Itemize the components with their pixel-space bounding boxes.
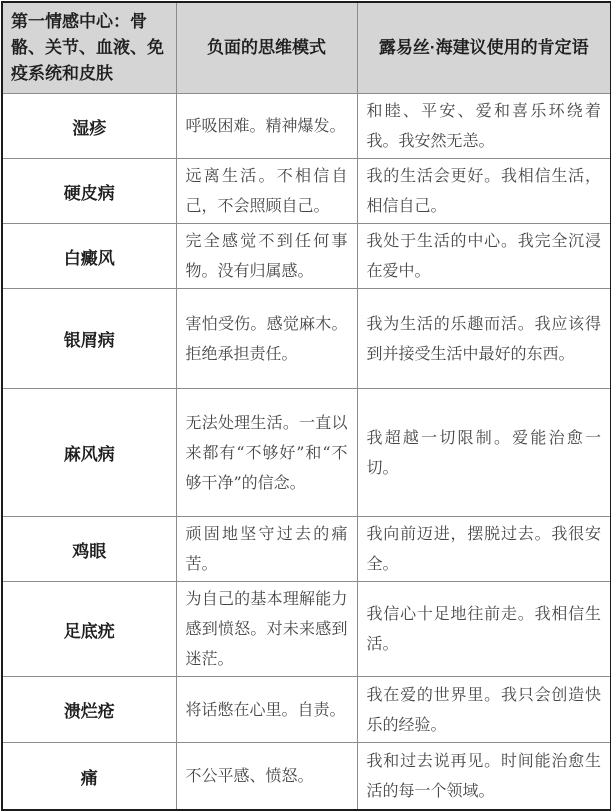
disease-cell: 足底疣 [2, 582, 176, 677]
table-row: 鸡眼 顽固地坚守过去的痛苦。 我向前迈进，摆脱过去。我很安全。 [2, 517, 611, 582]
table-row: 麻风病 无法处理生活。一直以来都有“不够好”和“不够干净”的信念。 我超越一切限… [2, 389, 611, 517]
affirmation-cell: 我和过去说再见。时间能治愈生活的每一个领域。 [357, 743, 611, 810]
table-row: 足底疣 为自己的基本理解能力感到愤怒。对未来感到迷茫。 我信心十足地往前走。我相… [2, 582, 611, 677]
affirmation-cell: 我超越一切限制。爱能治愈一切。 [357, 389, 611, 517]
negative-pattern-cell: 顽固地坚守过去的痛苦。 [176, 517, 357, 582]
affirmation-cell: 我为生活的乐趣而活。我应该得到并接受生活中最好的东西。 [357, 289, 611, 389]
disease-cell: 白癜风 [2, 224, 176, 289]
affirmation-cell: 我的生活会更好。我相信生活，相信自己。 [357, 159, 611, 224]
table-row: 湿疹 呼吸困难。精神爆发。 和睦、平安、爱和喜乐环绕着我。我安然无恙。 [2, 94, 611, 159]
negative-pattern-cell: 不公平感、愤怒。 [176, 743, 357, 810]
affirmation-cell: 我处于生活的中心。我完全沉浸在爱中。 [357, 224, 611, 289]
negative-pattern-cell: 呼吸困难。精神爆发。 [176, 94, 357, 159]
table-row: 银屑病 害怕受伤。感觉麻木。拒绝承担责任。 我为生活的乐趣而活。我应该得到并接受… [2, 289, 611, 389]
table-row: 痛 不公平感、愤怒。 我和过去说再见。时间能治愈生活的每一个领域。 [2, 743, 611, 810]
page: 第一情感中心：骨骼、关节、血液、免疫系统和皮肤 负面的思维模式 露易丝·海建议使… [0, 0, 611, 812]
negative-pattern-cell: 害怕受伤。感觉麻木。拒绝承担责任。 [176, 289, 357, 389]
table-row: 溃烂疮 将话憋在心里。自责。 我在爱的世界里。我只会创造快乐的经验。 [2, 677, 611, 743]
disease-cell: 硬皮病 [2, 159, 176, 224]
header-emotion-center: 第一情感中心：骨骼、关节、血液、免疫系统和皮肤 [2, 2, 176, 94]
disease-cell: 溃烂疮 [2, 677, 176, 743]
negative-pattern-cell: 无法处理生活。一直以来都有“不够好”和“不够干净”的信念。 [176, 389, 357, 517]
affirmation-cell: 和睦、平安、爱和喜乐环绕着我。我安然无恙。 [357, 94, 611, 159]
negative-pattern-cell: 为自己的基本理解能力感到愤怒。对未来感到迷茫。 [176, 582, 357, 677]
affirmation-cell: 我信心十足地往前走。我相信生活。 [357, 582, 611, 677]
affirmation-cell: 我向前迈进，摆脱过去。我很安全。 [357, 517, 611, 582]
affirmations-table: 第一情感中心：骨骼、关节、血液、免疫系统和皮肤 负面的思维模式 露易丝·海建议使… [1, 1, 611, 811]
negative-pattern-cell: 将话憋在心里。自责。 [176, 677, 357, 743]
disease-cell: 湿疹 [2, 94, 176, 159]
header-negative-patterns: 负面的思维模式 [176, 2, 357, 94]
disease-cell: 痛 [2, 743, 176, 810]
table-row: 白癜风 完全感觉不到任何事物。没有归属感。 我处于生活的中心。我完全沉浸在爱中。 [2, 224, 611, 289]
disease-cell: 银屑病 [2, 289, 176, 389]
header-affirmations: 露易丝·海建议使用的肯定语 [357, 2, 611, 94]
header-row: 第一情感中心：骨骼、关节、血液、免疫系统和皮肤 负面的思维模式 露易丝·海建议使… [2, 2, 611, 94]
negative-pattern-cell: 远离生活。不相信自己，不会照顾自己。 [176, 159, 357, 224]
disease-cell: 麻风病 [2, 389, 176, 517]
table-row: 硬皮病 远离生活。不相信自己，不会照顾自己。 我的生活会更好。我相信生活，相信自… [2, 159, 611, 224]
negative-pattern-cell: 完全感觉不到任何事物。没有归属感。 [176, 224, 357, 289]
affirmation-cell: 我在爱的世界里。我只会创造快乐的经验。 [357, 677, 611, 743]
disease-cell: 鸡眼 [2, 517, 176, 582]
